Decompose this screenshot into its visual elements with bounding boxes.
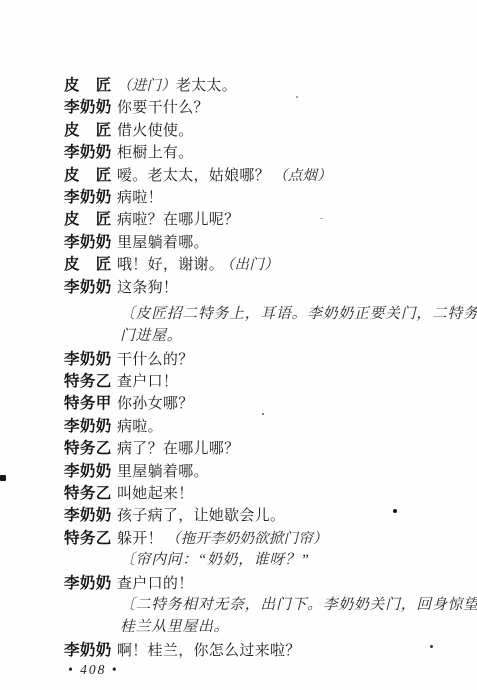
speaker-name: 李奶奶	[64, 571, 117, 593]
script-rows: 皮 匠 （进门）老太太。 李奶奶 你要干什么？ 皮 匠 借火使使。 李奶奶 柜橱…	[64, 73, 450, 660]
dialogue-text: 柜橱上有。	[117, 145, 194, 161]
script-line: 李奶奶 你要干什么？	[64, 95, 450, 117]
dialogue-text: 里屋躺着哪。	[117, 235, 209, 251]
dialogue-text: 查户口的！	[117, 576, 194, 592]
line-content: 〔帘内问：“奶奶，谁呀？”	[117, 548, 310, 569]
speaker-name: 李奶奶	[64, 185, 117, 207]
dialogue-text: 哦！好，谢谢。	[117, 257, 224, 273]
line-content: 病啦。	[117, 415, 166, 436]
line-content: 桂兰从里屋出。	[117, 615, 229, 636]
inline-direction-post: （拖开李奶奶欲掀门帘）	[166, 531, 328, 547]
speaker-name: 特务乙	[64, 526, 117, 548]
script-line: 桂兰从里屋出。	[64, 615, 450, 637]
line-content: （进门）老太太。	[117, 74, 240, 95]
speaker-name: 李奶奶	[64, 140, 117, 162]
inline-direction-pre: （进门）	[117, 78, 176, 94]
book-page: 皮 匠 （进门）老太太。 李奶奶 你要干什么？ 皮 匠 借火使使。 李奶奶 柜橱…	[0, 0, 477, 690]
speaker-name: 皮 匠	[64, 73, 117, 95]
speaker-name: 李奶奶	[64, 414, 117, 436]
speaker-name: 特务乙	[64, 481, 117, 503]
script-line: 〔皮匠招二特务上，耳语。李奶奶正要关门，二特务推	[64, 302, 450, 324]
dialogue-text: 嗳。老太太，姑娘哪？	[117, 168, 270, 184]
speaker-name: 李奶奶	[64, 95, 117, 117]
script-line: 特务乙 病了？在哪儿哪？	[64, 436, 450, 458]
dialogue-text: 借火使使。	[117, 123, 194, 139]
script-line: 皮 匠 借火使使。	[64, 118, 450, 140]
line-content: 啊！桂兰，你怎么过来啦？	[117, 639, 304, 660]
line-content: 嗳。老太太，姑娘哪？（点烟）	[117, 164, 332, 185]
speaker-name: 皮 匠	[64, 163, 117, 185]
dialogue-text: 病啦！	[117, 190, 163, 206]
script-line: 李奶奶 干什么的？	[64, 347, 450, 369]
speaker-name: 皮 匠	[64, 118, 117, 140]
script-line: 李奶奶 病啦！	[64, 185, 450, 207]
dialogue-text: 病了？在哪儿哪？	[117, 441, 239, 457]
scan-speck	[430, 645, 433, 648]
script-line: 特务甲 你孙女哪？	[64, 391, 450, 413]
line-content: 哦！好，谢谢。（出门）	[117, 253, 279, 274]
script-line: 李奶奶 里屋躺着哪。	[64, 459, 450, 481]
script-line: 李奶奶 柜橱上有。	[64, 140, 450, 162]
speaker-name: 李奶奶	[64, 638, 117, 660]
line-content: 〔皮匠招二特务上，耳语。李奶奶正要关门，二特务推	[117, 302, 477, 323]
inline-direction-post: （出门）	[227, 257, 279, 273]
line-content: 你孙女哪？	[117, 392, 197, 413]
line-content: 里屋躺着哪。	[117, 460, 212, 481]
dialogue-text: 啊！桂兰，你怎么过来啦？	[117, 643, 301, 659]
inline-direction-post: （点烟）	[273, 168, 332, 184]
stage-direction-text: 桂兰从里屋出。	[120, 619, 229, 635]
line-content: 叫她起来！	[117, 482, 197, 503]
scan-speck	[393, 509, 397, 513]
script-line: 特务乙 查户口！	[64, 369, 450, 391]
script-line: 李奶奶 啊！桂兰，你怎么过来啦？	[64, 638, 450, 660]
dialogue-text: 叫她起来！	[117, 486, 194, 502]
speaker-name: 皮 匠	[64, 252, 117, 274]
dialogue-text: 躲开！	[117, 531, 163, 547]
script-line: 李奶奶 这条狗！	[64, 275, 450, 297]
script-line: 皮 匠 病啦？在哪儿呢？	[64, 207, 450, 229]
script-line: 皮 匠 （进门）老太太。	[64, 73, 450, 95]
script-line: 李奶奶 里屋躺着哪。	[64, 230, 450, 252]
script-line: 〔二特务相对无奈，出门下。李奶奶关门，回身惊望，	[64, 593, 450, 615]
line-content: 病啦？在哪儿呢？	[117, 208, 242, 229]
speaker-name: 李奶奶	[64, 230, 117, 252]
dialogue-text: 你要干什么？	[117, 100, 209, 116]
stage-direction-text: 〔二特务相对无奈，出门下。李奶奶关门，回身惊望，	[120, 597, 477, 613]
line-content: 干什么的？	[117, 348, 197, 369]
speaker-name: 李奶奶	[64, 275, 117, 297]
dialogue-text: 病啦。	[117, 419, 163, 435]
dialogue-text: 里屋躺着哪。	[117, 464, 209, 480]
speaker-name: 特务甲	[64, 391, 117, 413]
speaker-name: 特务乙	[64, 369, 117, 391]
line-content: 查户口的！	[117, 572, 197, 593]
line-content: 躲开！（拖开李奶奶欲掀门帘）	[117, 527, 328, 548]
script-line: 特务乙 躲开！（拖开李奶奶欲掀门帘）	[64, 526, 450, 548]
script-line: 特务乙 叫她起来！	[64, 481, 450, 503]
speaker-name: 皮 匠	[64, 207, 117, 229]
script-line: 门进屋。	[64, 324, 450, 346]
script-line: 李奶奶 孩子病了，让她歇会儿。	[64, 503, 450, 525]
line-content: 病了？在哪儿哪？	[117, 437, 242, 458]
line-content: 〔二特务相对无奈，出门下。李奶奶关门，回身惊望，	[117, 593, 477, 614]
speaker-name: 李奶奶	[64, 503, 117, 525]
dialogue-text: 你孙女哪？	[117, 396, 194, 412]
scan-speck	[320, 218, 323, 219]
line-content: 你要干什么？	[117, 96, 212, 117]
script-line: 李奶奶 查户口的！	[64, 571, 450, 593]
line-content: 借火使使。	[117, 119, 197, 140]
line-content: 病啦！	[117, 186, 166, 207]
stage-direction-text: 〔帘内问：“奶奶，谁呀？”	[120, 552, 310, 568]
script-line: 李奶奶 病啦。	[64, 414, 450, 436]
speaker-name: 李奶奶	[64, 459, 117, 481]
scan-speck	[296, 96, 298, 98]
dialogue-text: 这条狗！	[117, 280, 178, 296]
line-content: 查户口！	[117, 370, 181, 391]
line-content: 门进屋。	[117, 324, 182, 345]
stage-direction-text: 〔皮匠招二特务上，耳语。李奶奶正要关门，二特务推	[120, 306, 477, 322]
dialogue-text: 干什么的？	[117, 352, 194, 368]
dialogue-text: 老太太。	[176, 78, 237, 94]
speaker-name: 李奶奶	[64, 347, 117, 369]
script-line: 〔帘内问：“奶奶，谁呀？”	[64, 548, 450, 570]
script-line: 皮 匠 嗳。老太太，姑娘哪？（点烟）	[64, 163, 450, 185]
line-content: 里屋躺着哪。	[117, 231, 212, 252]
scan-speck	[0, 475, 6, 481]
stage-direction-text: 门进屋。	[120, 328, 182, 344]
page-number: • 408 •	[68, 662, 118, 678]
scan-speck	[262, 413, 264, 415]
line-content: 柜橱上有。	[117, 141, 197, 162]
line-content: 孩子病了，让她歇会儿。	[117, 504, 288, 525]
line-content: 这条狗！	[117, 276, 181, 297]
speaker-name: 特务乙	[64, 436, 117, 458]
dialogue-text: 孩子病了，让她歇会儿。	[117, 508, 285, 524]
dialogue-text: 病啦？在哪儿呢？	[117, 212, 239, 228]
dialogue-text: 查户口！	[117, 374, 178, 390]
script-line: 皮 匠 哦！好，谢谢。（出门）	[64, 252, 450, 274]
